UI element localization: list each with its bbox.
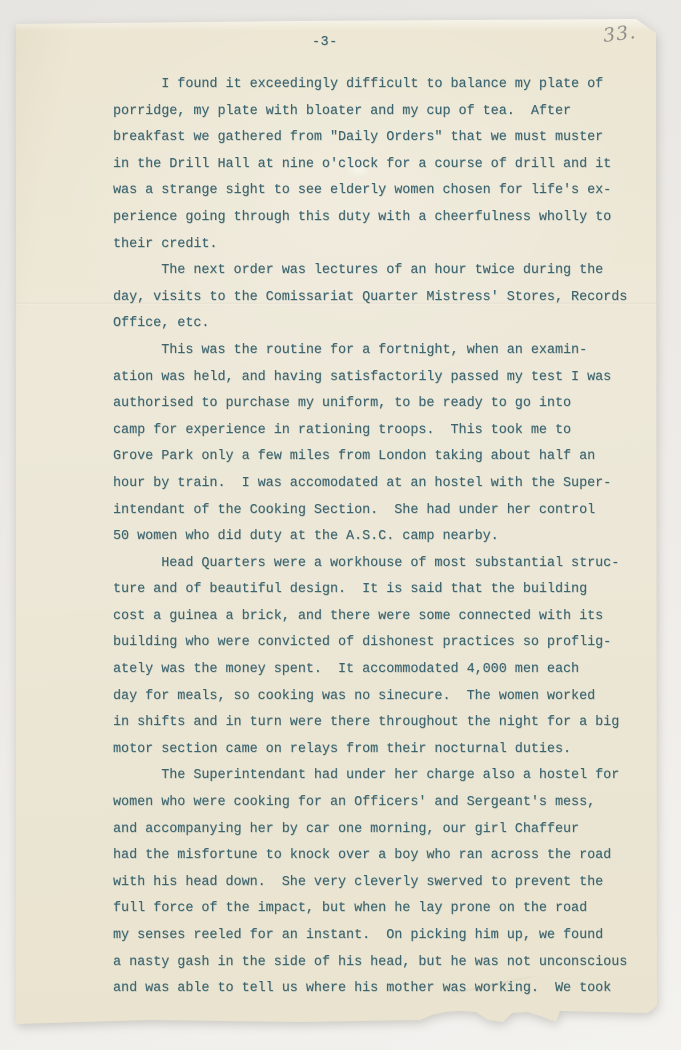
typed-line: I found it exceedingly difficult to bala… — [113, 72, 643, 99]
typed-line: ately was the money spent. It accommodat… — [113, 657, 643, 684]
typed-line: in shifts and in turn were there through… — [113, 710, 643, 737]
typed-line: ation was held, and having satisfactoril… — [113, 365, 643, 392]
typed-line: had the misfortune to knock over a boy w… — [113, 843, 643, 870]
typed-line: Head Quarters were a workhouse of most s… — [113, 551, 643, 578]
paper-sheet: -3- 33. I found it exceedingly difficult… — [15, 19, 657, 1025]
typed-page-number: -3- — [312, 35, 338, 50]
pencil-page-number: 33. — [602, 21, 638, 47]
typed-line: intendant of the Cooking Section. She ha… — [113, 498, 643, 525]
typed-line: The Superintendant had under her charge … — [113, 763, 643, 790]
typed-line: The next order was lectures of an hour t… — [113, 258, 643, 285]
typed-line: This was the routine for a fortnight, wh… — [113, 338, 643, 365]
typed-line: women who were cooking for an Officers' … — [113, 790, 643, 817]
typed-line: day for meals, so cooking was no sinecur… — [113, 684, 643, 711]
typed-line: day, visits to the Comissariat Quarter M… — [113, 285, 643, 312]
typed-line: camp for experience in rationing troops.… — [113, 418, 643, 445]
typed-line: authorised to purchase my uniform, to be… — [113, 391, 643, 418]
typed-line: hour by train. I was accomodated at an h… — [113, 471, 643, 498]
typed-line: perience going through this duty with a … — [113, 205, 643, 232]
typed-line: Grove Park only a few miles from London … — [113, 444, 643, 471]
typed-line: their credit. — [113, 232, 643, 259]
typed-line: motor section came on relays from their … — [113, 737, 643, 764]
typed-line: was a strange sight to see elderly women… — [113, 178, 643, 205]
typed-line: ture and of beautiful design. It is said… — [113, 577, 643, 604]
typed-line: porridge, my plate with bloater and my c… — [113, 99, 643, 126]
typed-line: and was able to tell us where his mother… — [113, 976, 643, 1003]
typed-line: breakfast we gathered from "Daily Orders… — [113, 125, 643, 152]
typed-line: 50 women who did duty at the A.S.C. camp… — [113, 524, 643, 551]
typed-line: my senses reeled for an instant. On pick… — [113, 923, 643, 950]
typed-line: with his head down. She very cleverly sw… — [113, 870, 643, 897]
typed-text: I found it exceedingly difficult to bala… — [113, 72, 643, 1003]
scanned-page: -3- 33. I found it exceedingly difficult… — [15, 19, 657, 1025]
typed-line: in the Drill Hall at nine o'clock for a … — [113, 152, 643, 179]
typed-line: full force of the impact, but when he la… — [113, 896, 643, 923]
typed-line: and accompanying her by car one morning,… — [113, 817, 643, 844]
typed-line: Office, etc. — [113, 311, 643, 338]
typed-line: building who were convicted of dishonest… — [113, 630, 643, 657]
typed-line: a nasty gash in the side of his head, bu… — [113, 950, 643, 977]
typed-line: cost a guinea a brick, and there were so… — [113, 604, 643, 631]
